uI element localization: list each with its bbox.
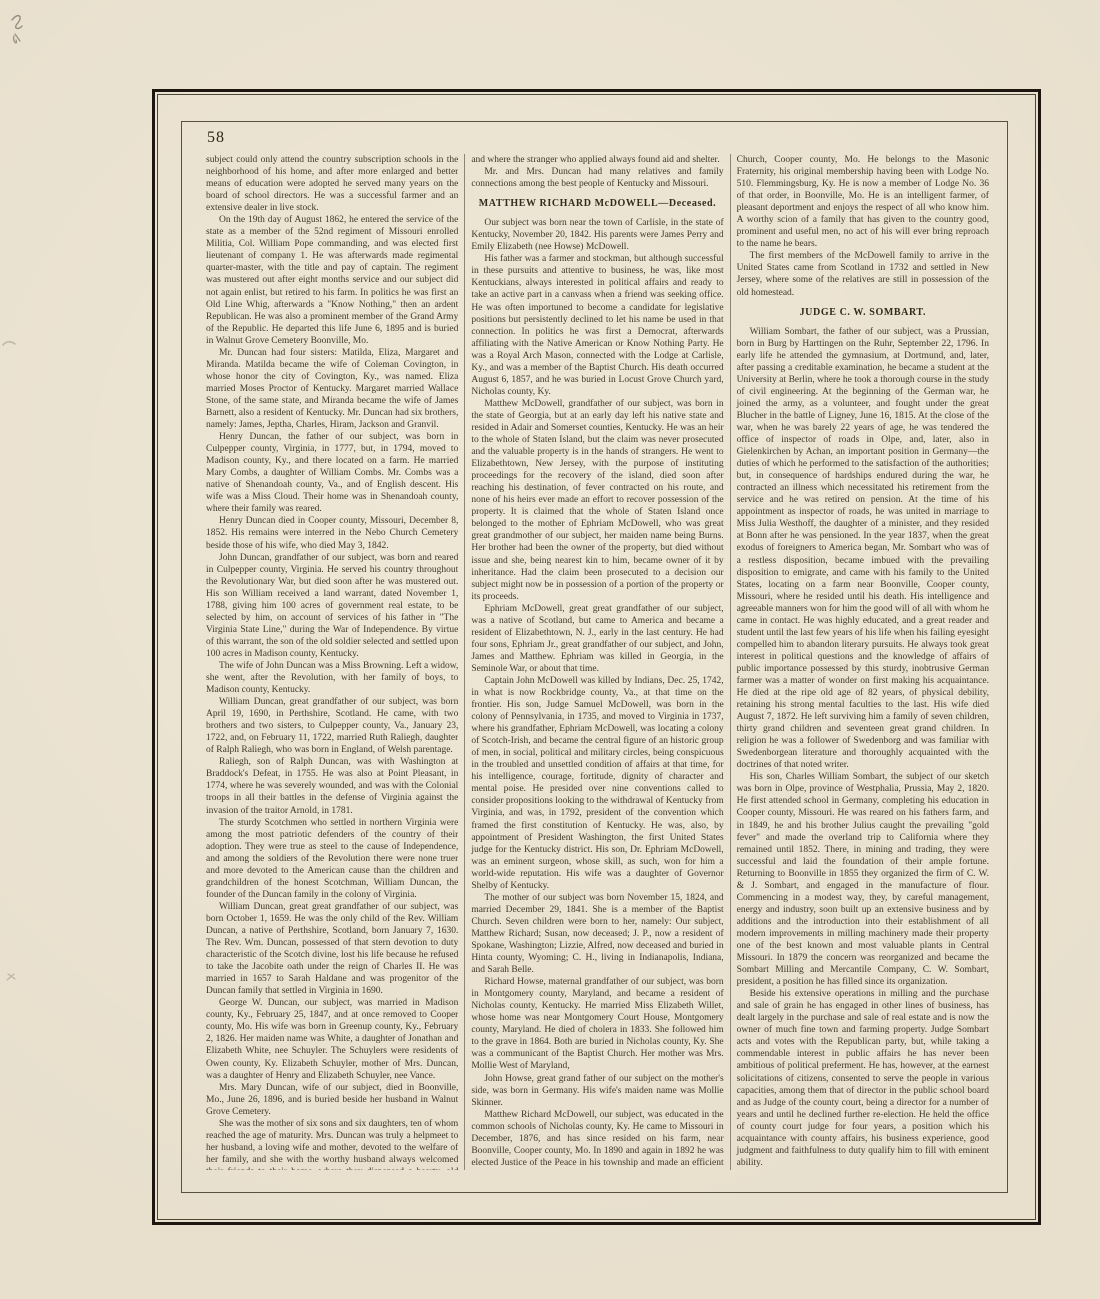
paragraph: Matthew McDowell, grandfather of our sub… bbox=[471, 398, 723, 603]
paragraph: William Duncan, great grandfather of our… bbox=[206, 696, 458, 756]
paragraph: The sturdy Scotchmen who settled in nort… bbox=[206, 817, 458, 901]
paragraph: Matthew Richard McDowell, our subject, w… bbox=[471, 1109, 723, 1170]
page-number: 58 bbox=[207, 129, 989, 147]
ink-smudge-icon bbox=[5, 970, 17, 988]
section-heading: MATTHEW RICHARD McDOWELL—Deceased. bbox=[471, 198, 723, 210]
paragraph: On the 6th day of January, 1852, at Boon… bbox=[737, 1169, 989, 1170]
paragraph: The wife of John Duncan was a Miss Brown… bbox=[206, 660, 458, 696]
paragraph: Henry Duncan, the father of our subject,… bbox=[206, 431, 458, 515]
text-column-1: subject could only attend the country su… bbox=[206, 154, 458, 1170]
paragraph: She was the mother of six sons and six d… bbox=[206, 1118, 458, 1170]
paragraph: John Howse, great grand father of our su… bbox=[471, 1073, 723, 1109]
paragraph: Richard Howse, maternal grandfather of o… bbox=[471, 976, 723, 1072]
paragraph: and where the stranger who applied alway… bbox=[471, 154, 723, 166]
paragraph: Henry Duncan died in Cooper county, Miss… bbox=[206, 515, 458, 551]
paragraph: Our subject was born near the town of Ca… bbox=[471, 217, 723, 253]
paragraph: Mr. and Mrs. Duncan had many relatives a… bbox=[471, 166, 723, 190]
paragraph: Beside his extensive operations in milli… bbox=[737, 988, 989, 1169]
pencil-scribble-icon bbox=[4, 10, 38, 57]
paragraph: The first members of the McDowell family… bbox=[737, 250, 989, 298]
text-columns: subject could only attend the country su… bbox=[206, 154, 989, 1170]
paragraph: Church, Cooper county, Mo. He belongs to… bbox=[737, 154, 989, 250]
paragraph: Ephriam McDowell, great great grandfathe… bbox=[471, 603, 723, 675]
page-border-inner: 58 subject could only attend the country… bbox=[181, 121, 1008, 1193]
paragraph: Raliegh, son of Ralph Duncan, was with W… bbox=[206, 756, 458, 816]
section-heading: JUDGE C. W. SOMBART. bbox=[737, 307, 989, 319]
paragraph: Mrs. Mary Duncan, wife of our subject, d… bbox=[206, 1082, 458, 1118]
paragraph: Mr. Duncan had four sisters: Matilda, El… bbox=[206, 347, 458, 431]
paragraph: William Duncan, great great grandfather … bbox=[206, 901, 458, 997]
paragraph: William Sombart, the father of our subje… bbox=[737, 326, 989, 772]
paragraph: George W. Duncan, our subject, was marri… bbox=[206, 997, 458, 1081]
text-column-3: Church, Cooper county, Mo. He belongs to… bbox=[730, 154, 989, 1170]
paragraph: Captain John McDowell was killed by Indi… bbox=[471, 675, 723, 892]
paragraph: John Duncan, grandfather of our subject,… bbox=[206, 552, 458, 660]
paragraph: subject could only attend the country su… bbox=[206, 154, 458, 214]
ink-smudge-icon bbox=[2, 336, 16, 354]
paragraph: The mother of our subject was born Novem… bbox=[471, 892, 723, 976]
paragraph: His father was a farmer and stockman, bu… bbox=[471, 253, 723, 398]
scanned-page: { "page": { "number": "58", "paper_color… bbox=[0, 0, 1100, 1299]
paragraph: His son, Charles William Sombart, the su… bbox=[737, 771, 989, 988]
text-column-2: and where the stranger who applied alway… bbox=[464, 154, 723, 1170]
paragraph: On the 19th day of August 1862, he enter… bbox=[206, 214, 458, 347]
